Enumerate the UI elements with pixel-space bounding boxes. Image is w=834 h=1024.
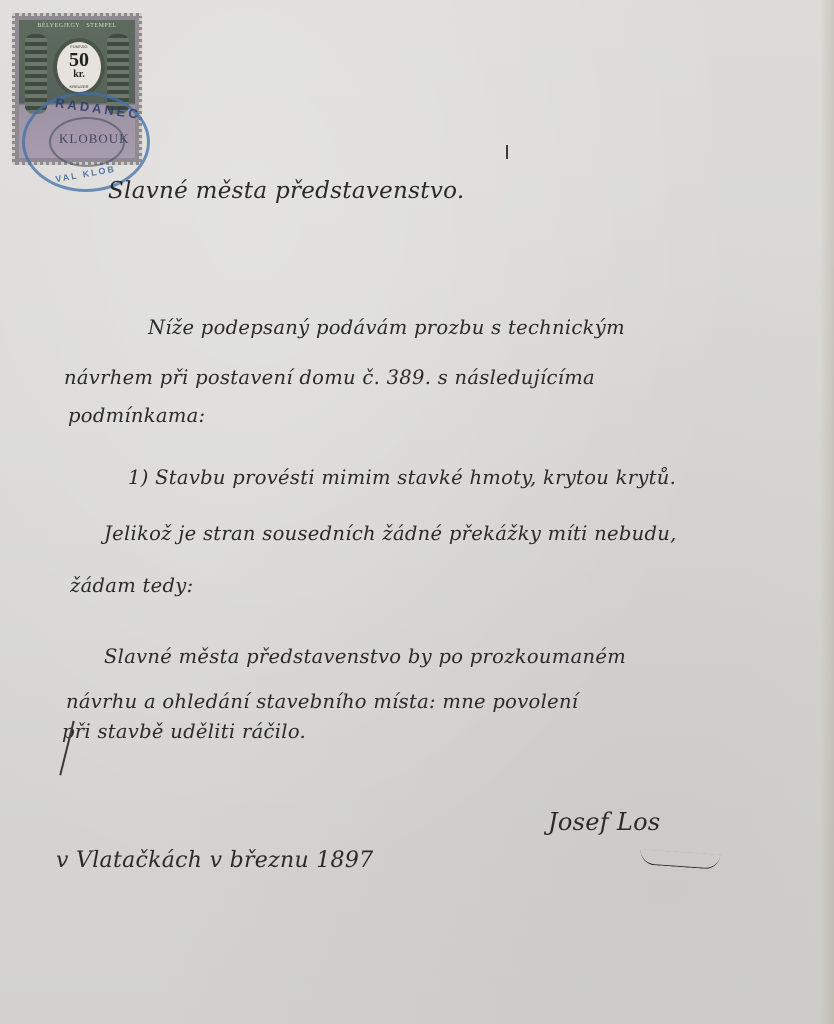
stamp-unit: kr. — [57, 70, 101, 80]
letter-line-1: Níže podepsaný podávám prozbu s technick… — [148, 316, 625, 339]
stamp-top-text: BÉLYEGJEGY · STEMPEL — [19, 23, 135, 29]
stamp-ornament-left — [25, 34, 47, 114]
letter-line-8: návrhu a ohledání stavebního místa: mne … — [66, 690, 578, 713]
letter-line-5: Jelikož je stran sousedních žádné překáž… — [104, 522, 677, 545]
stamp-medallion: FÜNFZIG 50 kr. KREUZER — [53, 38, 105, 96]
stamp-value: 50 — [57, 50, 101, 70]
letter-line-9: při stavbě uděliti ráčilo. — [62, 720, 306, 743]
signature-flourish — [640, 849, 721, 870]
pen-stroke-mark — [506, 145, 508, 159]
letter-line-6: žádam tedy: — [70, 574, 193, 597]
letter-line-2: návrhem při postavení domu č. 389. s nás… — [64, 366, 595, 389]
letter-salutation: Slavné města představenstvo. — [108, 178, 464, 204]
document-page: BÉLYEGJEGY · STEMPEL FÜNFZIG 50 kr. KREU… — [0, 0, 834, 1024]
letter-place-date: v Vlatačkách v březnu 1897 — [56, 848, 373, 873]
letter-line-4: 1) Stavbu provésti mimim stavké hmoty, k… — [128, 466, 676, 489]
stamp-caption-bottom: KREUZER — [57, 84, 101, 89]
signature: Josef Los — [548, 808, 661, 836]
postmark-cancellation: RADANEC KLOBOUK VAL KLOB — [22, 92, 150, 192]
letter-line-3: podmínkama: — [68, 404, 205, 427]
letter-line-7: Slavné města představenstvo by po prozko… — [104, 645, 626, 668]
postmark-center-text: KLOBOUK — [59, 131, 130, 147]
stamp-caption-top: FÜNFZIG — [57, 44, 101, 49]
